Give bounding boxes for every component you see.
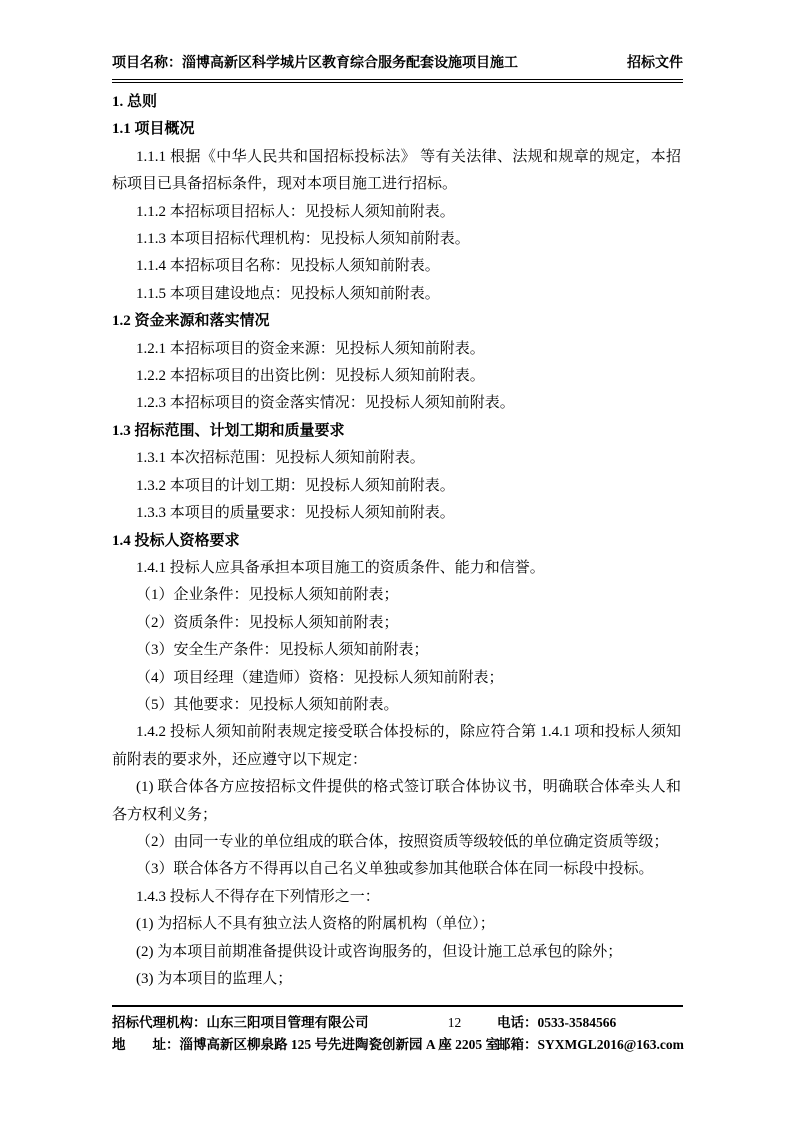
page-number: 12 [412,1012,497,1034]
body-paragraph: 1.3.2 本项目的计划工期：见投标人须知前附表。 [112,473,681,500]
body-paragraph: 1.2.3 本招标项目的资金落实情况：见投标人须知前附表。 [112,390,681,417]
footer-agency: 招标代理机构：山东三阳项目管理有限公司 [112,1012,412,1034]
subsection-heading: 1.4 投标人资格要求 [112,528,681,555]
subsection-heading: 1.1 项目概况 [112,116,681,143]
body-paragraph: （1）企业条件：见投标人须知前附表； [112,582,681,609]
body-paragraph: 1.2.2 本招标项目的出资比例：见投标人须知前附表。 [112,363,681,390]
subsection-heading: 1.2 资金来源和落实情况 [112,308,681,335]
page-header: 项目名称：淄博高新区科学城片区教育综合服务配套设施项目施工 招标文件 [112,52,683,83]
body-paragraph: 1.4.3 投标人不得存在下列情形之一： [112,884,681,911]
body-paragraph: 1.1.2 本招标项目招标人：见投标人须知前附表。 [112,199,681,226]
body-paragraph: (1) 为招标人不具有独立法人资格的附属机构（单位）； [112,911,681,938]
body-paragraph: (1) 联合体各方应按招标文件提供的格式签订联合体协议书，明确联合体牵头人和各方… [112,774,681,829]
document-page: 项目名称：淄博高新区科学城片区教育综合服务配套设施项目施工 招标文件 1. 总则… [0,0,793,1122]
body-paragraph: （2）资质条件：见投标人须知前附表； [112,610,681,637]
body-paragraph: （4）项目经理（建造师）资格：见投标人须知前附表； [112,665,681,692]
footer-email: 邮箱：SYXMGL2016@163.com [497,1034,684,1056]
footer-grid: 招标代理机构：山东三阳项目管理有限公司 12 电话：0533-3584566 地… [112,1012,683,1055]
header-document-type: 招标文件 [627,52,683,72]
body-paragraph: 1.1.4 本招标项目名称：见投标人须知前附表。 [112,253,681,280]
footer-address: 地 址：淄博高新区柳泉路 125 号先进陶瓷创新园 A 座 2205 室 [112,1034,497,1056]
body-paragraph: （3）安全生产条件：见投标人须知前附表； [112,637,681,664]
body-paragraph: 1.4.1 投标人应具备承担本项目施工的资质条件、能力和信誉。 [112,555,681,582]
body-paragraph: （3）联合体各方不得再以自己名义单独或参加其他联合体在同一标段中投标。 [112,856,681,883]
section-heading: 1. 总则 [112,89,681,116]
body-paragraph: 1.2.1 本招标项目的资金来源：见投标人须知前附表。 [112,336,681,363]
body-paragraph: 1.4.2 投标人须知前附表规定接受联合体投标的，除应符合第 1.4.1 项和投… [112,719,681,774]
body-paragraph: 1.1.5 本项目建设地点：见投标人须知前附表。 [112,281,681,308]
header-project-name: 项目名称：淄博高新区科学城片区教育综合服务配套设施项目施工 [112,52,518,72]
body-paragraph: 1.1.1 根据《中华人民共和国招标投标法》 等有关法律、法规和规章的规定，本招… [112,144,681,199]
body-paragraph: 1.3.1 本次招标范围：见投标人须知前附表。 [112,445,681,472]
body-paragraph: 1.3.3 本项目的质量要求：见投标人须知前附表。 [112,500,681,527]
footer-phone: 电话：0533-3584566 [497,1012,684,1034]
body-paragraph: 1.1.3 本项目招标代理机构：见投标人须知前附表。 [112,226,681,253]
body-paragraph: (2) 为本项目前期准备提供设计或咨询服务的，但设计施工总承包的除外； [112,939,681,966]
body-paragraph: (3) 为本项目的监理人； [112,966,681,993]
body-paragraph: （2）由同一专业的单位组成的联合体，按照资质等级较低的单位确定资质等级； [112,829,681,856]
document-body: 1. 总则1.1 项目概况1.1.1 根据《中华人民共和国招标投标法》 等有关法… [112,89,681,993]
body-paragraph: （5）其他要求：见投标人须知前附表。 [112,692,681,719]
subsection-heading: 1.3 招标范围、计划工期和质量要求 [112,418,681,445]
page-footer: 招标代理机构：山东三阳项目管理有限公司 12 电话：0533-3584566 地… [112,1005,683,1055]
